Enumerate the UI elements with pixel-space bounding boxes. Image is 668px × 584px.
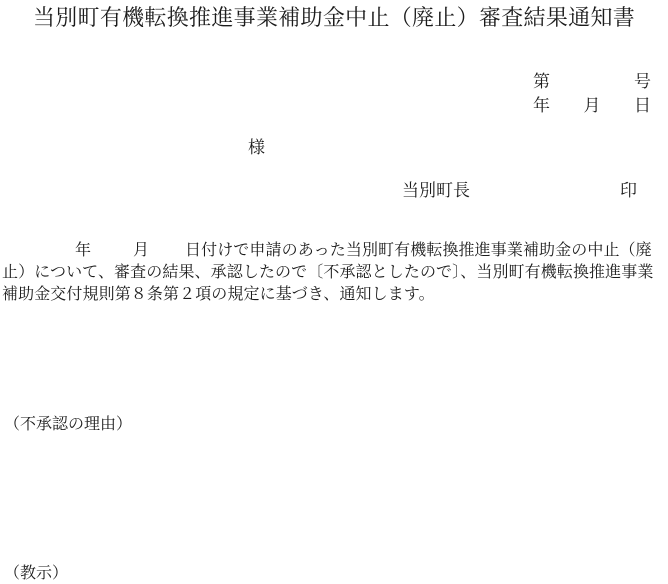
document-number-line: 第 号: [533, 67, 651, 92]
body-line-1: 年 月 日付けで申請のあった当別町有機転換推進事業補助金の中止（廃: [2, 240, 666, 262]
addressee-honorific: 様: [248, 133, 265, 158]
body-year-label: 年: [75, 240, 91, 262]
body-line1-text: 日付けで申請のあった当別町有機転換推進事業補助金の中止（廃: [185, 240, 652, 262]
document-date-line: 年 月 日: [533, 91, 651, 116]
sender-line: 当別町長 印: [0, 176, 668, 198]
number-prefix-label: 第: [533, 67, 550, 92]
date-month-label: 月: [584, 91, 601, 116]
number-suffix-label: 号: [634, 67, 651, 92]
body-line3-text: 補助金交付規則第８条第２項の規定に基づき、通知します。: [2, 284, 666, 306]
rejection-reason-label: （不承認の理由）: [4, 411, 132, 434]
notification-document: 当別町有機転換推進事業補助金中止（廃止）審査結果通知書 第 号 年 月 日 様 …: [0, 0, 668, 584]
body-line2-text: 止）について、審査の結果、承認したので〔不承認としたので〕、当別町有機転換推進事…: [2, 262, 666, 284]
sender-title-label: 当別町長: [402, 176, 470, 201]
seal-mark-label: 印: [620, 176, 637, 201]
document-title: 当別町有機転換推進事業補助金中止（廃止）審査結果通知書: [0, 1, 668, 32]
instruction-label: （教示）: [4, 560, 68, 583]
body-month-label: 月: [133, 240, 149, 262]
body-paragraph: 年 月 日付けで申請のあった当別町有機転換推進事業補助金の中止（廃 止）について…: [2, 240, 666, 306]
date-year-label: 年: [533, 91, 550, 116]
date-day-label: 日: [634, 91, 651, 116]
